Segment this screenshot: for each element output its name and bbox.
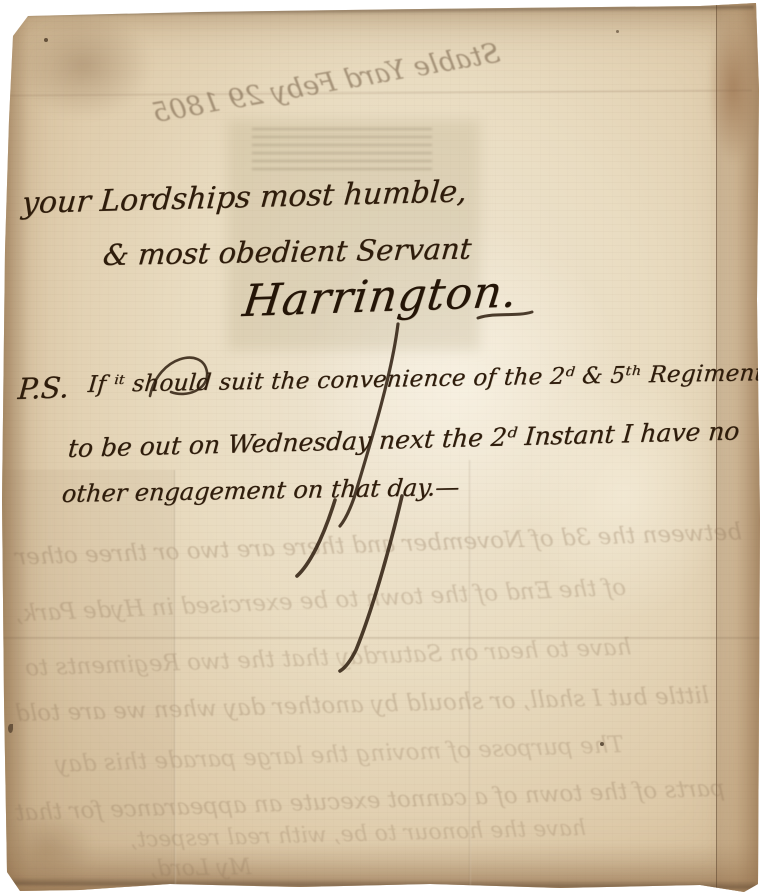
engagement-descender-2 bbox=[340, 496, 402, 671]
ink-flourish-svg bbox=[0, 0, 760, 894]
engagement-descender-1 bbox=[297, 500, 335, 576]
scan-background: Stable Yard Feby 29 1805 between the 3d … bbox=[0, 0, 760, 894]
ps-if-loop bbox=[150, 358, 207, 396]
signature-underline-flourish bbox=[478, 312, 532, 318]
letter-paper: Stable Yard Feby 29 1805 between the 3d … bbox=[0, 0, 760, 894]
signature-descender-flourish bbox=[340, 324, 398, 526]
